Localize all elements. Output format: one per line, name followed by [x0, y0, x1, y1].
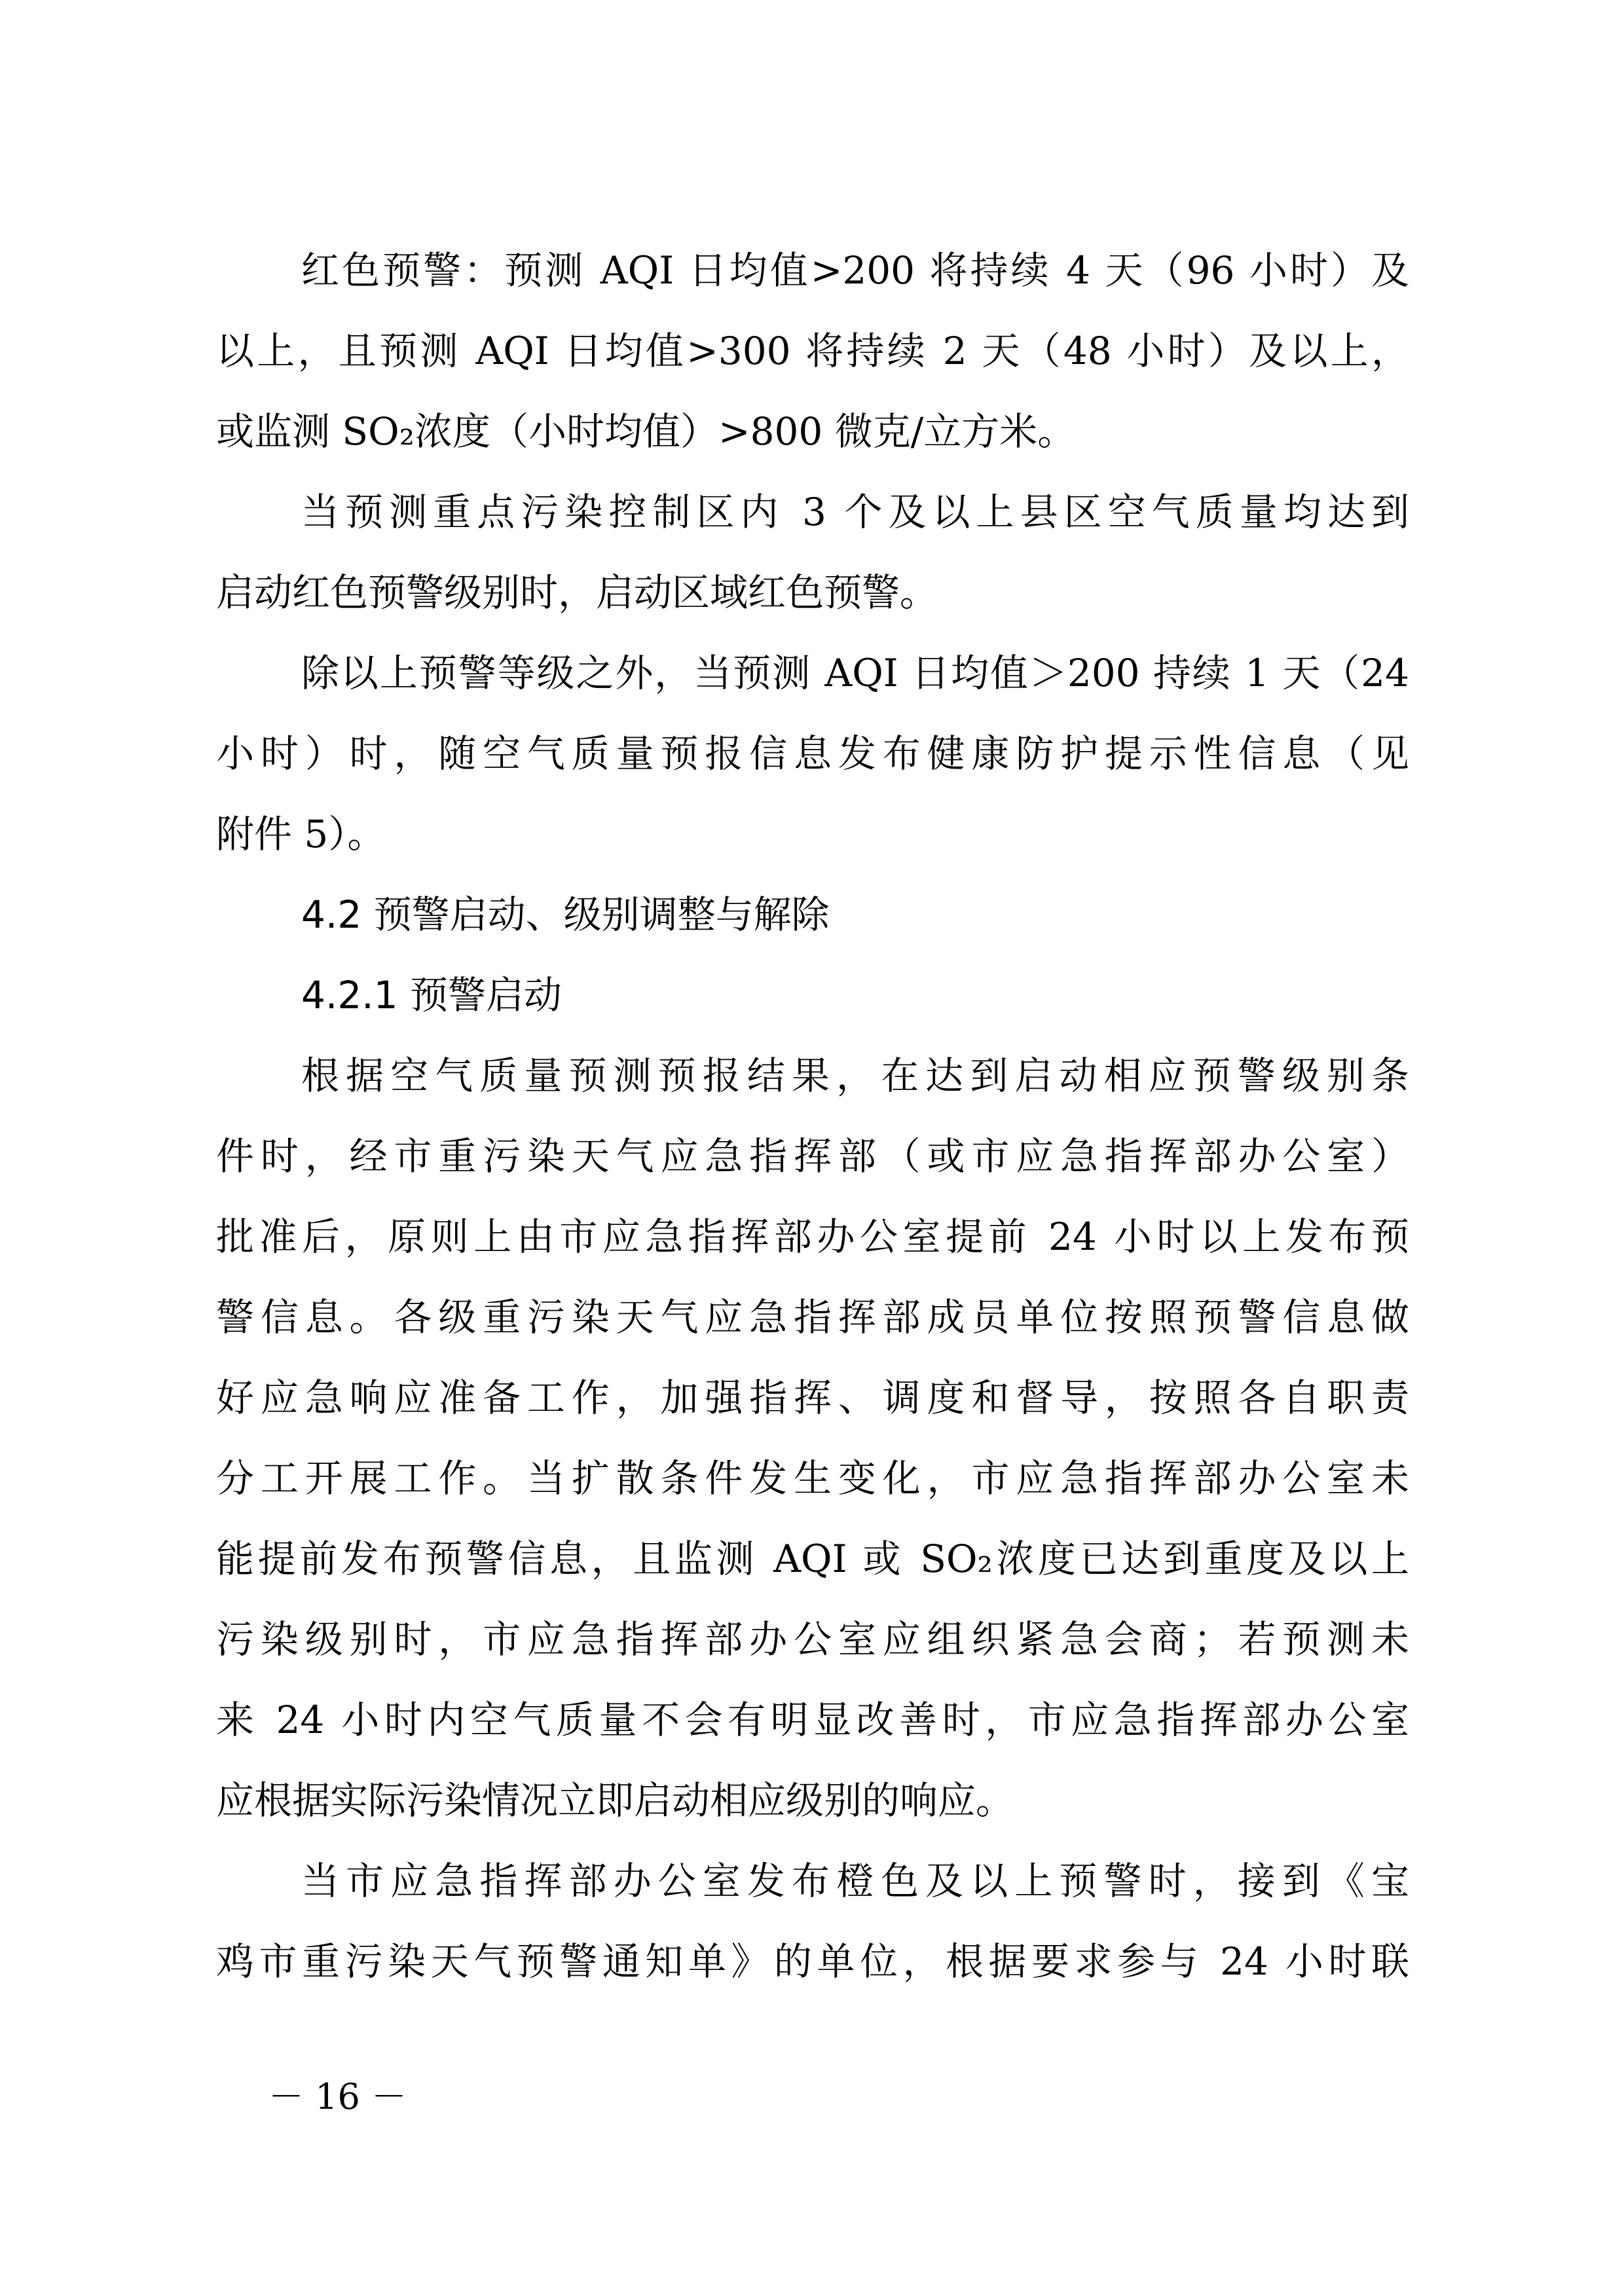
paragraph-line: 红色预警：预测 AQI 日均值>200 将持续 4 天（96 小时）及 — [301, 244, 1409, 297]
paragraph-line: 除以上预警等级之外，当预测 AQI 日均值＞200 持续 1 天（24 — [301, 647, 1409, 699]
paragraph-line: 分工开展工作。当扩散条件发生变化，市应急指挥部办公室未 — [216, 1452, 1409, 1504]
paragraph-line: 好应急响应准备工作，加强指挥、调度和督导，按照各自职责 — [216, 1372, 1409, 1424]
paragraph-line: 应根据实际污染情况立即启动相应级别的响应。 — [216, 1774, 1409, 1827]
paragraph-line: 件时，经市重污染天气应急指挥部（或市应急指挥部办公室） — [216, 1130, 1409, 1182]
section-heading-4-2-1: 4.2.1 预警启动 — [301, 969, 1409, 1021]
paragraph-line: 附件 5）。 — [216, 808, 1409, 860]
document-page: 红色预警：预测 AQI 日均值>200 将持续 4 天（96 小时）及 以上，且… — [0, 0, 1624, 2296]
paragraph-line: 当市应急指挥部办公室发布橙色及以上预警时，接到《宝 — [301, 1855, 1409, 1907]
page-number: － 16 － — [268, 2074, 407, 2120]
paragraph-line: 启动红色预警级别时，启动区域红色预警。 — [216, 566, 1409, 619]
paragraph-line: 污染级别时，市应急指挥部办公室应组织紧急会商；若预测未 — [216, 1613, 1409, 1666]
paragraph-line: 鸡市重污染天气预警通知单》的单位，根据要求参与 24 小时联 — [216, 1935, 1409, 1988]
paragraph-line: 批准后，原则上由市应急指挥部办公室提前 24 小时以上发布预 — [216, 1211, 1409, 1263]
paragraph-line: 能提前发布预警信息，且监测 AQI 或 SO₂浓度已达到重度及以上 — [216, 1533, 1409, 1585]
paragraph-line: 警信息。各级重污染天气应急指挥部成员单位按照预警信息做 — [216, 1291, 1409, 1343]
paragraph-line: 来 24 小时内空气质量不会有明显改善时，市应急指挥部办公室 — [216, 1694, 1409, 1746]
paragraph-line: 以上，且预测 AQI 日均值>300 将持续 2 天（48 小时）及以上， — [216, 325, 1409, 377]
paragraph-line: 根据空气质量预测预报结果，在达到启动相应预警级别条 — [301, 1049, 1409, 1102]
paragraph-line: 小时）时，随空气质量预报信息发布健康防护提示性信息（见 — [216, 727, 1409, 780]
section-heading-4-2: 4.2 预警启动、级别调整与解除 — [301, 888, 1409, 941]
paragraph-line: 当预测重点污染控制区内 3 个及以上县区空气质量均达到 — [301, 486, 1409, 538]
paragraph-line: 或监测 SO₂浓度（小时均值）>800 微克/立方米。 — [216, 405, 1409, 458]
